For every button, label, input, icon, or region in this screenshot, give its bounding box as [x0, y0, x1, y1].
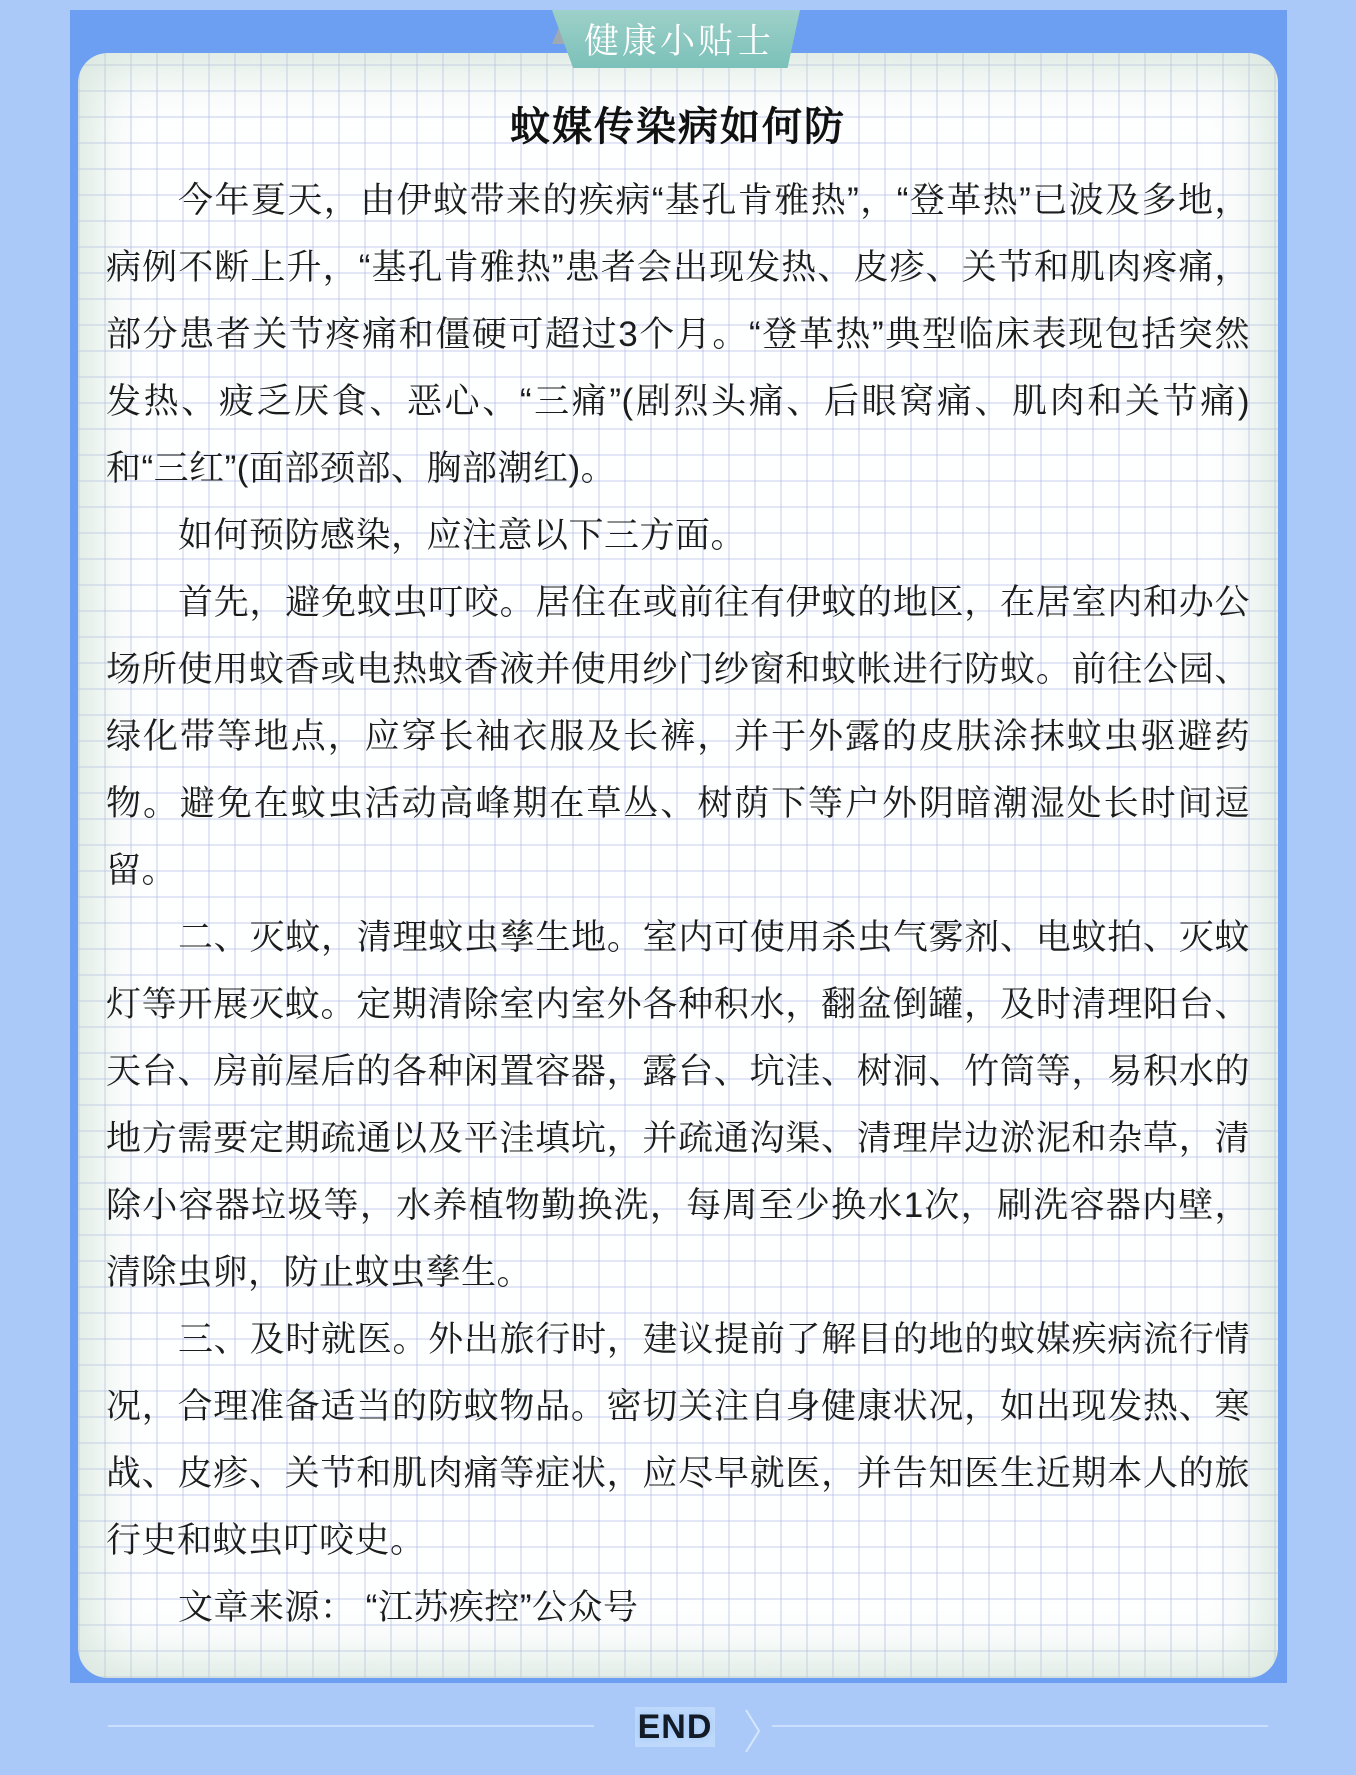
article-paragraph: 文章来源： “江苏疾控”公众号: [106, 1574, 1250, 1641]
chevron-right-icon: [744, 1708, 762, 1754]
article-title: 蚊媒传染病如何防: [106, 101, 1250, 153]
end-label: END: [638, 1708, 713, 1747]
footer: END: [0, 1683, 1356, 1775]
article-paragraph: 三、及时就医。外出旅行时，建议提前了解目的地的蚊媒疾病流行情况，合理准备适当的防…: [106, 1306, 1250, 1574]
badge-ribbon: 健康小贴士: [552, 10, 800, 68]
footer-divider-left: [108, 1725, 594, 1727]
article-paragraph: 首先，避免蚊虫叮咬。居住在或前往有伊蚊的地区，在居室内和办公场所使用蚊香或电热蚊…: [106, 569, 1250, 904]
footer-divider-right: [772, 1725, 1268, 1727]
poster-page: 蚊媒传染病如何防 今年夏天，由伊蚊带来的疾病“基孔肯雅热”，“登革热”已波及多地…: [0, 0, 1356, 1775]
header-badge: 健康小贴士: [552, 10, 800, 68]
article-paragraph: 二、灭蚊，清理蚊虫孳生地。室内可使用杀虫气雾剂、电蚊拍、灭蚊灯等开展灭蚊。定期清…: [106, 904, 1250, 1306]
article-body: 今年夏天，由伊蚊带来的疾病“基孔肯雅热”，“登革热”已波及多地，病例不断上升，“…: [106, 167, 1250, 1641]
article-paragraph: 今年夏天，由伊蚊带来的疾病“基孔肯雅热”，“登革热”已波及多地，病例不断上升，“…: [106, 167, 1250, 502]
end-badge: END: [635, 1707, 715, 1747]
article-paragraph: 如何预防感染，应注意以下三方面。: [106, 502, 1250, 569]
badge-label: 健康小贴士: [578, 14, 774, 64]
grid-paper-card: 蚊媒传染病如何防 今年夏天，由伊蚊带来的疾病“基孔肯雅热”，“登革热”已波及多地…: [78, 53, 1278, 1678]
